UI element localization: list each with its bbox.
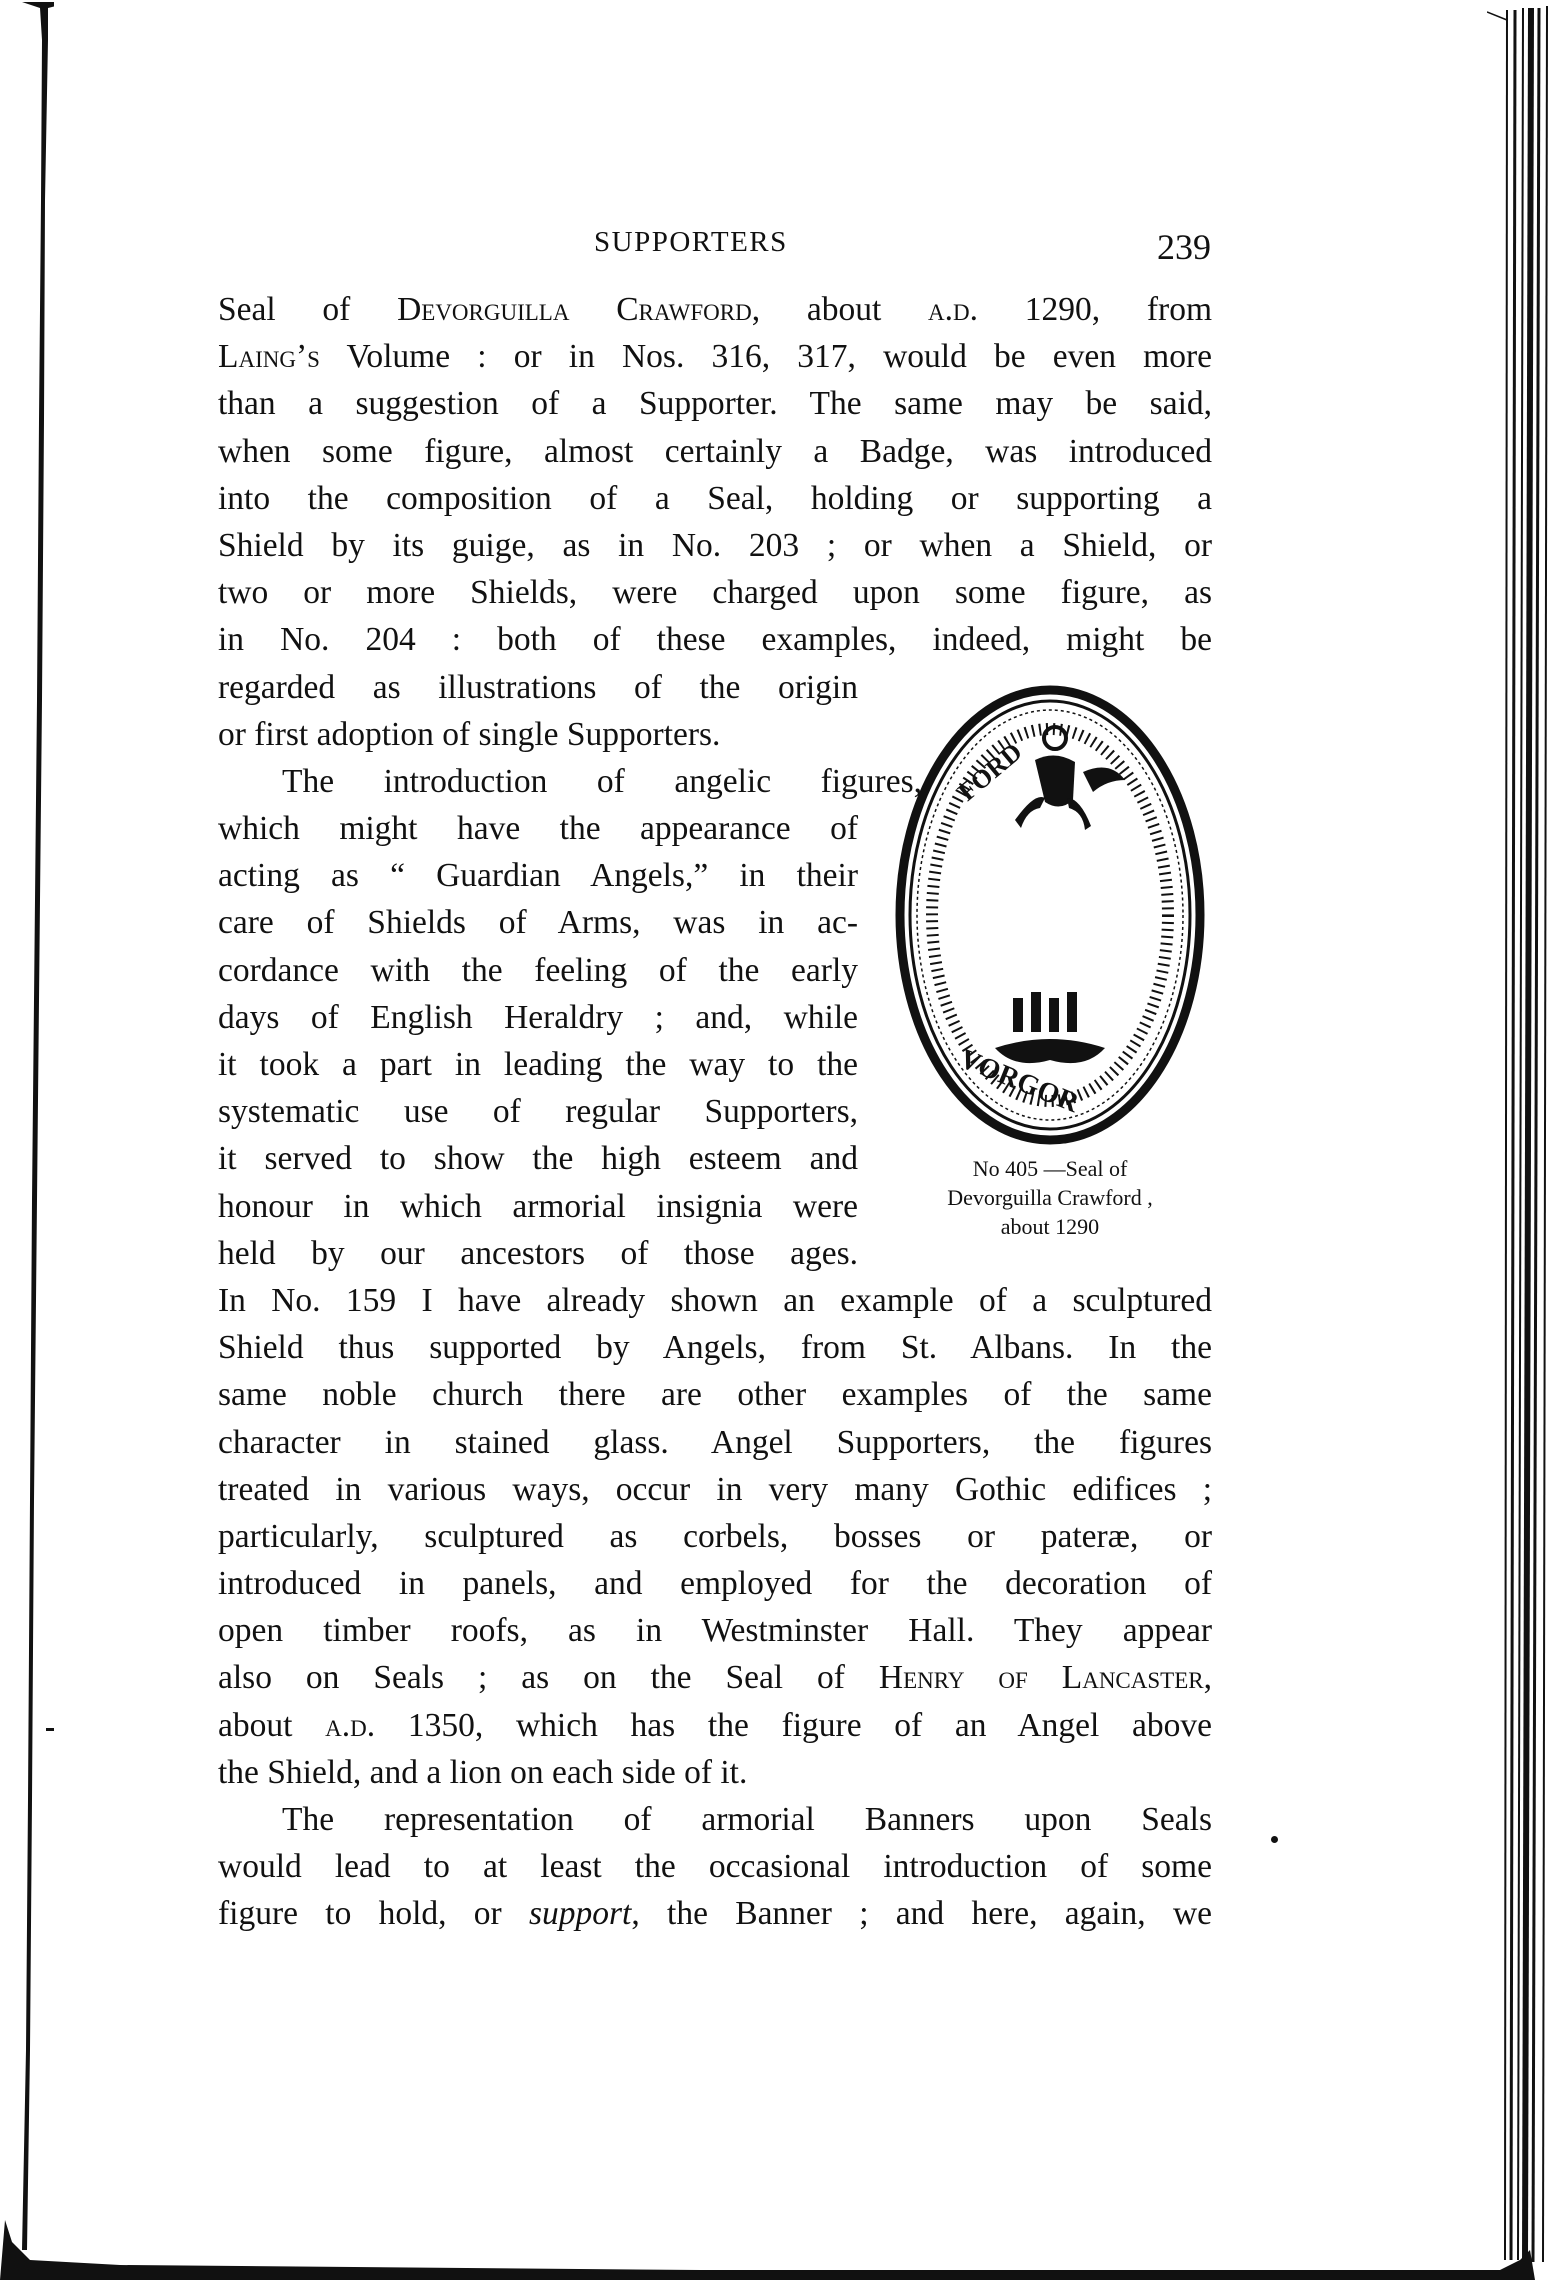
text-line: in No. 204 : both of these examples, ind… — [218, 616, 1212, 663]
running-title: SUPPORTERS — [594, 226, 788, 259]
bottom-page-edge — [0, 2220, 1557, 2280]
text-line: treated in various ways, occur in very m… — [218, 1466, 1212, 1513]
text-line: cordance with the feeling of the early — [218, 947, 858, 994]
text-line: systematic use of regular Supporters, — [218, 1088, 858, 1135]
text-line: In No. 159 I have already shown an examp… — [218, 1277, 1212, 1324]
caption-line-3: about 1290 — [885, 1212, 1215, 1241]
text-line: figure to hold, or support, the Banner ;… — [218, 1890, 1212, 1937]
figure-seal-405: FORD VORGOR No 405 —Seal of Devorguilla … — [895, 680, 1205, 1280]
text-line: particularly, sculptured as corbels, bos… — [218, 1513, 1212, 1560]
text-line: Laing’s Volume : or in Nos. 316, 317, wo… — [218, 333, 1212, 380]
seal-illustration: FORD VORGOR — [895, 680, 1205, 1150]
text-line: two or more Shields, were charged upon s… — [218, 569, 1212, 616]
text-line: Shield by its guige, as in No. 203 ; or … — [218, 522, 1212, 569]
text-line: also on Seals ; as on the Seal of Henry … — [218, 1654, 1212, 1701]
text-line: honour in which armorial insignia were — [218, 1183, 858, 1230]
text-line: it served to show the high esteem and — [218, 1135, 858, 1182]
book-page: SUPPORTERS 239 Seal of Devorguilla Crawf… — [0, 0, 1557, 2280]
text-line: character in stained glass. Angel Suppor… — [218, 1419, 1212, 1466]
figure-caption: No 405 —Seal of Devorguilla Crawford , a… — [885, 1154, 1215, 1241]
text-line: regarded as illustrations of the origin — [218, 664, 858, 711]
text-line: Seal of Devorguilla Crawford, about a.d.… — [218, 286, 1212, 333]
text-line: when some figure, almost certainly a Bad… — [218, 428, 1212, 475]
text-line: would lead to at least the occasional in… — [218, 1843, 1212, 1890]
caption-line-1: No 405 —Seal of — [885, 1154, 1215, 1183]
text-line: than a suggestion of a Supporter. The sa… — [218, 380, 1212, 427]
text-line: held by our ancestors of those ages. — [218, 1230, 858, 1277]
text-line: which might have the appearance of — [218, 805, 858, 852]
text-line: care of Shields of Arms, was in ac- — [218, 899, 858, 946]
text-line: introduced in panels, and employed for t… — [218, 1560, 1212, 1607]
text-line: The representation of armorial Banners u… — [218, 1796, 1212, 1843]
text-line: open timber roofs, as in Westminster Hal… — [218, 1607, 1212, 1654]
stray-ink-mark — [46, 1728, 54, 1731]
stray-ink-dot — [1271, 1836, 1278, 1843]
text-line: same noble church there are other exampl… — [218, 1371, 1212, 1418]
left-page-edge — [18, 0, 54, 2250]
text-line: about a.d. 1350, which has the figure of… — [218, 1702, 1212, 1749]
text-line: into the composition of a Seal, holding … — [218, 475, 1212, 522]
page-number: 239 — [1157, 226, 1211, 268]
text-line: it took a part in leading the way to the — [218, 1041, 858, 1088]
text-line: acting as “ Guardian Angels,” in their — [218, 852, 858, 899]
text-line: The introduction of angelic figures, — [218, 758, 922, 805]
running-head: SUPPORTERS 239 — [0, 222, 1557, 266]
text-line: days of English Heraldry ; and, while — [218, 994, 858, 1041]
text-line: or first adoption of single Supporters. — [218, 711, 858, 758]
right-page-edge — [1487, 0, 1557, 2270]
caption-line-2: Devorguilla Crawford , — [885, 1183, 1215, 1212]
text-line: the Shield, and a lion on each side of i… — [218, 1749, 1212, 1796]
text-line: Shield thus supported by Angels, from St… — [218, 1324, 1212, 1371]
